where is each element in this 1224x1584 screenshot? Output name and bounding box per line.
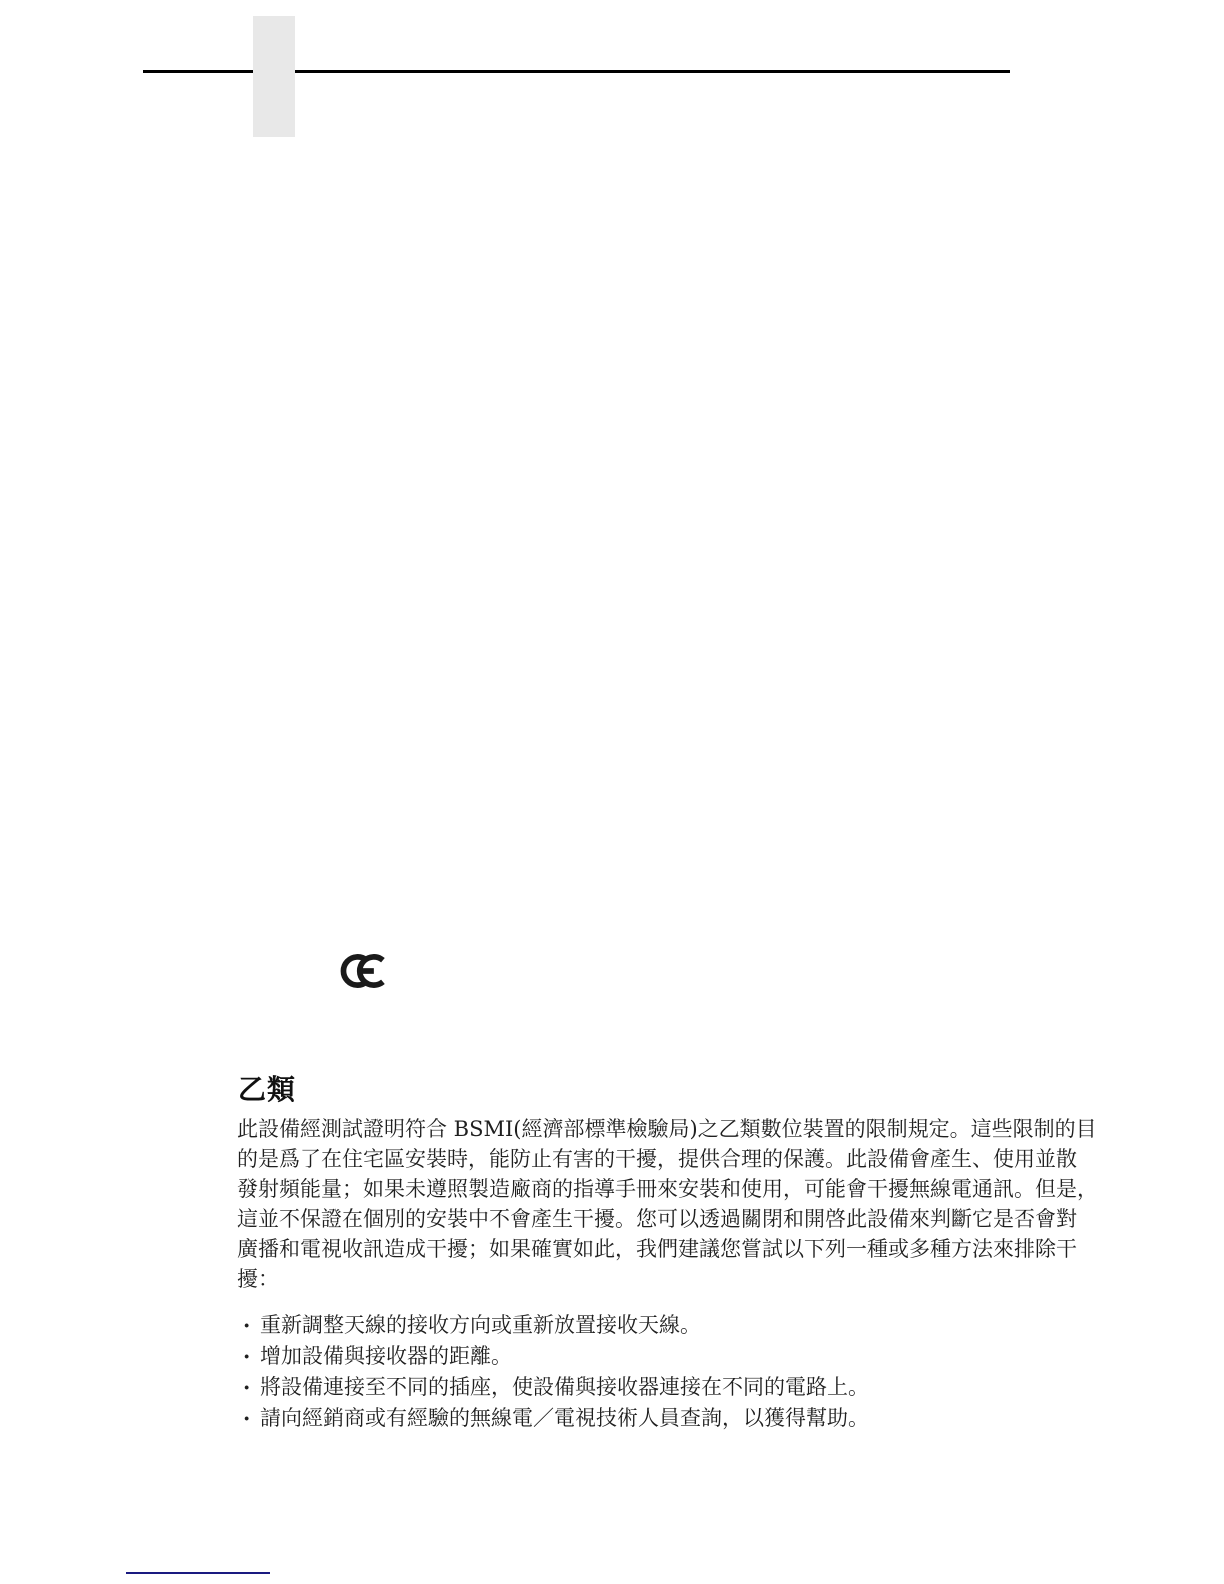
- paragraph-line: 這並不保證在個別的安裝中不會產生干擾。您可以透過關閉和開啓此設備來判斷它是否會對: [237, 1204, 1013, 1234]
- list-item-text: 重新調整天線的接收方向或重新放置接收天線。: [260, 1310, 701, 1341]
- remedy-list: · 重新調整天線的接收方向或重新放置接收天線。 · 增加設備與接收器的距離。 ·…: [243, 1310, 1023, 1434]
- list-item: · 增加設備與接收器的距離。: [243, 1341, 1023, 1372]
- list-item-text: 增加設備與接收器的距離。: [260, 1341, 512, 1372]
- bullet-marker: ·: [243, 1403, 260, 1434]
- paragraph-line: 擾：: [237, 1264, 1013, 1294]
- bullet-marker: ·: [243, 1341, 260, 1372]
- footer-rule: [126, 1572, 270, 1574]
- bullet-marker: ·: [243, 1372, 260, 1403]
- list-item-text: 將設備連接至不同的插座，使設備與接收器連接在不同的電路上。: [260, 1372, 869, 1403]
- ce-mark-icon: [340, 952, 386, 990]
- list-item: · 請向經銷商或有經驗的無線電／電視技術人員查詢，以獲得幫助。: [243, 1403, 1023, 1434]
- regulatory-paragraph: 此設備經測試證明符合 BSMI(經濟部標準檢驗局)之乙類數位裝置的限制規定。這些…: [237, 1114, 1013, 1294]
- list-item: · 重新調整天線的接收方向或重新放置接收天線。: [243, 1310, 1023, 1341]
- list-item: · 將設備連接至不同的插座，使設備與接收器連接在不同的電路上。: [243, 1372, 1023, 1403]
- page-edge-tab: [253, 16, 295, 137]
- paragraph-line: 的是爲了在住宅區安裝時，能防止有害的干擾，提供合理的保護。此設備會產生、使用並散: [237, 1144, 1013, 1174]
- section-heading: 乙類: [238, 1074, 296, 1106]
- paragraph-line: 廣播和電視收訊造成干擾；如果確實如此，我們建議您嘗試以下列一種或多種方法來排除干: [237, 1234, 1013, 1264]
- paragraph-line: 此設備經測試證明符合 BSMI(經濟部標準檢驗局)之乙類數位裝置的限制規定。這些…: [237, 1114, 1013, 1144]
- document-page: 乙類 此設備經測試證明符合 BSMI(經濟部標準檢驗局)之乙類數位裝置的限制規定…: [0, 0, 1224, 1584]
- list-item-text: 請向經銷商或有經驗的無線電／電視技術人員查詢，以獲得幫助。: [260, 1403, 869, 1434]
- bullet-marker: ·: [243, 1310, 260, 1341]
- paragraph-line: 發射頻能量；如果未遵照製造廠商的指導手冊來安裝和使用，可能會干擾無線電通訊。但是…: [237, 1174, 1013, 1204]
